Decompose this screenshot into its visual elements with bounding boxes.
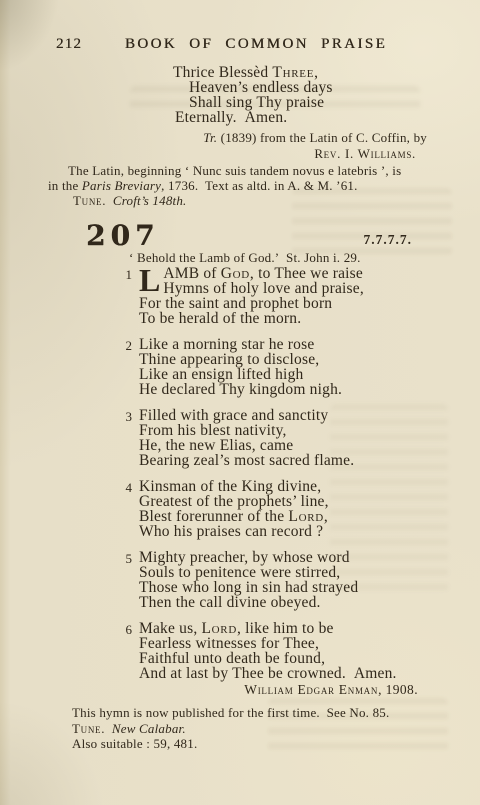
verse-line: Filled with grace and sanctity [139,408,354,423]
dropcap-lines: AMB of God, to Thee we raise Hymns of ho… [163,266,364,296]
verse-line: Hymns of holy love and praise, [163,281,364,296]
verse-number: 3 [118,408,132,468]
verse-number: 2 [118,337,132,397]
text-segment: He declared Thy kingdom nigh. [139,381,342,398]
text-segment: Tune. [73,193,106,208]
note-line: The Latin, beginning ‘ Nunc suis tandem … [68,164,450,179]
verse-number: 1 [118,266,132,326]
verse-line: Thrice Blessèd Three, [173,65,333,80]
text-segment: Tune. [72,721,105,736]
text-segment: To be herald of the morn. [139,310,301,327]
verse-body: Mighty preacher, by whose word Souls to … [139,550,358,610]
verse-line: Like a morning star he rose [139,337,342,352]
verse-line: For the saint and prophet born [139,296,364,311]
text-segment: , 1736. Text as altd. in A. & M. ’61. [161,178,357,193]
text-segment: Tr. [203,130,217,145]
verse-line: Kinsman of the King divine, [139,479,329,494]
text-segment: (1839) from the Latin of C. Coffin, by [217,130,427,145]
text-segment: And at last by Thee be crowned. Amen. [139,665,397,682]
text-segment: Then the call divine obeyed. [139,594,321,611]
verse-number: 5 [118,550,132,610]
text-segment: New Calabar. [112,721,186,736]
also-suitable-note: Also suitable : 59, 481. [72,736,389,752]
verse-line: Thine appearing to disclose, [139,352,342,367]
author-attribution: William Edgar Enman, 1908. [0,682,418,698]
translator-line: Rev. I. Williams. [0,146,416,162]
verse-line: He, the new Elias, came [139,438,354,453]
text-segment [106,193,113,208]
translator-attribution: Tr. (1839) from the Latin of C. Coffin, … [0,130,427,161]
text-segment: William Edgar Enman [244,682,378,697]
footer-notes: This hymn is now published for the first… [72,705,389,752]
verse-line: Souls to penitence were stirred, [139,565,358,580]
verse-line: Eternally. Amen. [175,110,333,125]
verse-line: Then the call divine obeyed. [139,595,358,610]
verse-line: Fearless witnesses for Thee, [139,636,397,651]
verse-body: Like a morning star he rose Thine appear… [139,337,342,397]
text-segment: , [324,508,328,525]
verse-line: And at last by Thee be crowned. Amen. [139,666,397,681]
scripture-reference: ‘ Behold the Lamb of God.’ St. John i. 2… [129,250,361,266]
verse-1: 1 L AMB of God, to Thee we raise Hymns o… [118,266,397,326]
verse-body: Filled with grace and sanctity From his … [139,408,354,468]
hymn-verses: 1 L AMB of God, to Thee we raise Hymns o… [118,266,397,692]
verse-line: Mighty preacher, by whose word [139,550,358,565]
verse-3: 3 Filled with grace and sanctity From hi… [118,408,397,468]
verse-line: Heaven’s endless days [189,80,333,95]
hymn-meter: 7.7.7.7. [364,232,413,248]
verse-5: 5 Mighty preacher, by whose word Souls t… [118,550,397,610]
verse-line: To be herald of the morn. [139,311,364,326]
text-segment: in the [48,178,82,193]
verse-line: Those who long in sin had strayed [139,580,358,595]
text-segment: Eternally. Amen. [175,109,287,126]
dropcap-letter: L [139,266,160,294]
verse-line: Bearing zeal’s most sacred flame. [139,453,354,468]
verse-line: Make us, Lord, like him to be [139,621,397,636]
verse-line: From his blest nativity, [139,423,354,438]
verse-body: Kinsman of the King divine, Greatest of … [139,479,329,539]
text-segment [105,721,112,736]
verse-4: 4 Kinsman of the King divine, Greatest o… [118,479,397,539]
verse-line: He declared Thy kingdom nigh. [139,382,342,397]
text-segment: Bearing zeal’s most sacred flame. [139,452,354,469]
text-segment: , 1908. [378,682,418,697]
verse-6: 6 Make us, Lord, like him to be Fearless… [118,621,397,681]
verse-number: 4 [118,479,132,539]
dropcap-wrap: L AMB of God, to Thee we raise Hymns of … [139,266,364,296]
text-segment: Rev. I. Williams. [314,146,416,161]
verse-line: Shall sing Thy praise [189,95,333,110]
verse-line: Faithful unto death be found, [139,651,397,666]
text-segment: Paris Breviary [82,178,161,193]
verse-2: 2 Like a morning star he rose Thine appe… [118,337,397,397]
verse-line: Blest forerunner of the Lord, [139,509,329,524]
verse-line: Greatest of the prophets’ line, [139,494,329,509]
tune-note: Tune. Croft’s 148th. [73,193,187,209]
latin-origin-note: The Latin, beginning ‘ Nunc suis tandem … [48,164,450,194]
hymn-number: 207 [86,219,159,252]
verse-line: AMB of God, to Thee we raise [163,266,364,281]
running-title: BOOK OF COMMON PRAISE [118,36,394,53]
text-segment: The Latin, beginning ‘ Nunc suis tandem … [68,163,401,178]
first-publication-note: This hymn is now published for the first… [72,705,389,721]
verse-body: L AMB of God, to Thee we raise Hymns of … [139,266,364,326]
page-number: 212 [56,36,82,53]
verse-number: 6 [118,621,132,681]
previous-hymn-closing: Thrice Blessèd Three, Heaven’s endless d… [173,65,333,125]
verse-line: Like an ensign lifted high [139,367,342,382]
book-page: 212 BOOK OF COMMON PRAISE Thrice Blessèd… [0,0,480,805]
footer-tune: Tune. New Calabar. [72,721,389,737]
verse-body: Make us, Lord, like him to be Fearless w… [139,621,397,681]
translator-line: Tr. (1839) from the Latin of C. Coffin, … [0,130,427,146]
text-segment: Who his praises can record ? [139,523,323,540]
note-line: in the Paris Breviary, 1736. Text as alt… [48,179,450,194]
verse-line: Who his praises can record ? [139,524,329,539]
text-segment: Croft’s 148th. [113,193,187,208]
